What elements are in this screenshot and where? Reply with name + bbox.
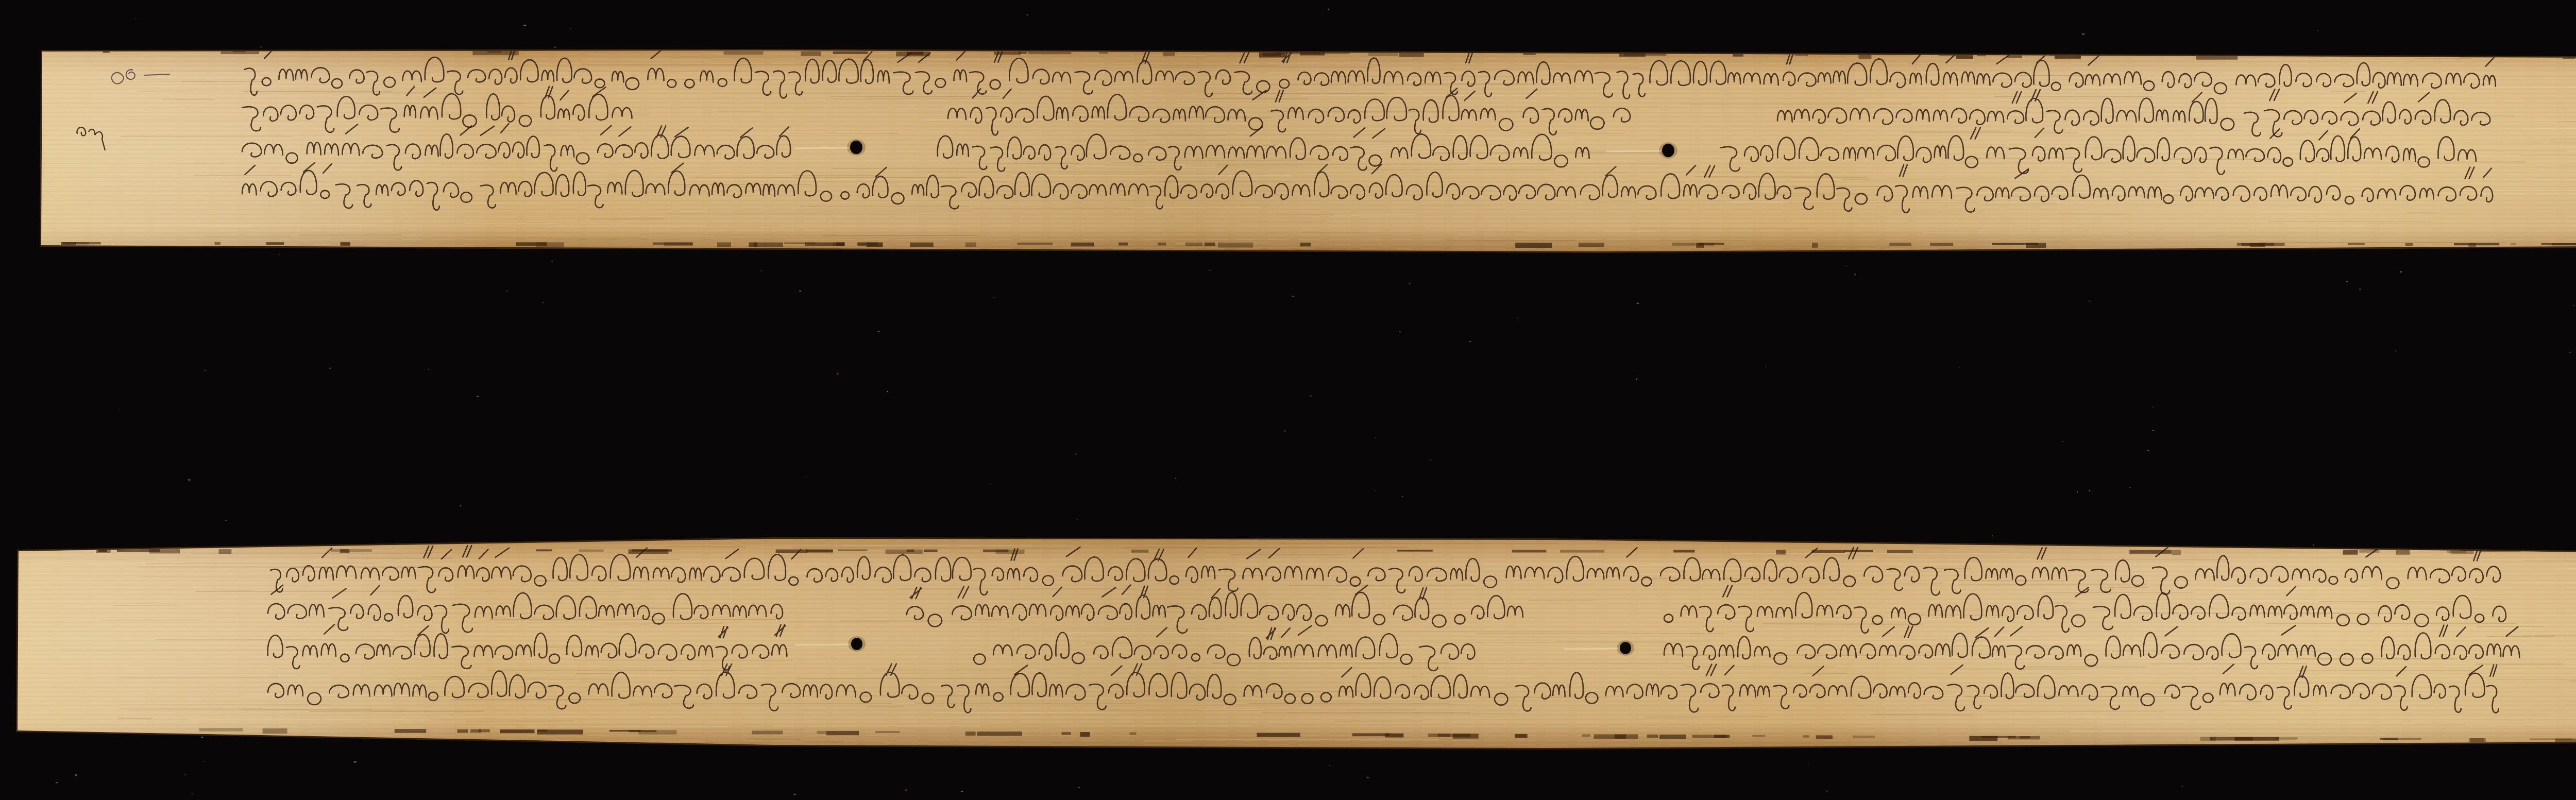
string-hole-1 <box>850 141 862 154</box>
leaf-2 <box>18 539 2576 748</box>
manuscript-photo <box>0 0 2576 800</box>
leaf-1 <box>41 48 2576 251</box>
string-hole-2 <box>1620 642 1631 654</box>
string-hole-1 <box>851 638 862 650</box>
string-hole-2 <box>1662 144 1674 157</box>
photo-stage: ၀၆ ရမ Burmese palm-leaf manuscript, two … <box>0 0 2576 800</box>
